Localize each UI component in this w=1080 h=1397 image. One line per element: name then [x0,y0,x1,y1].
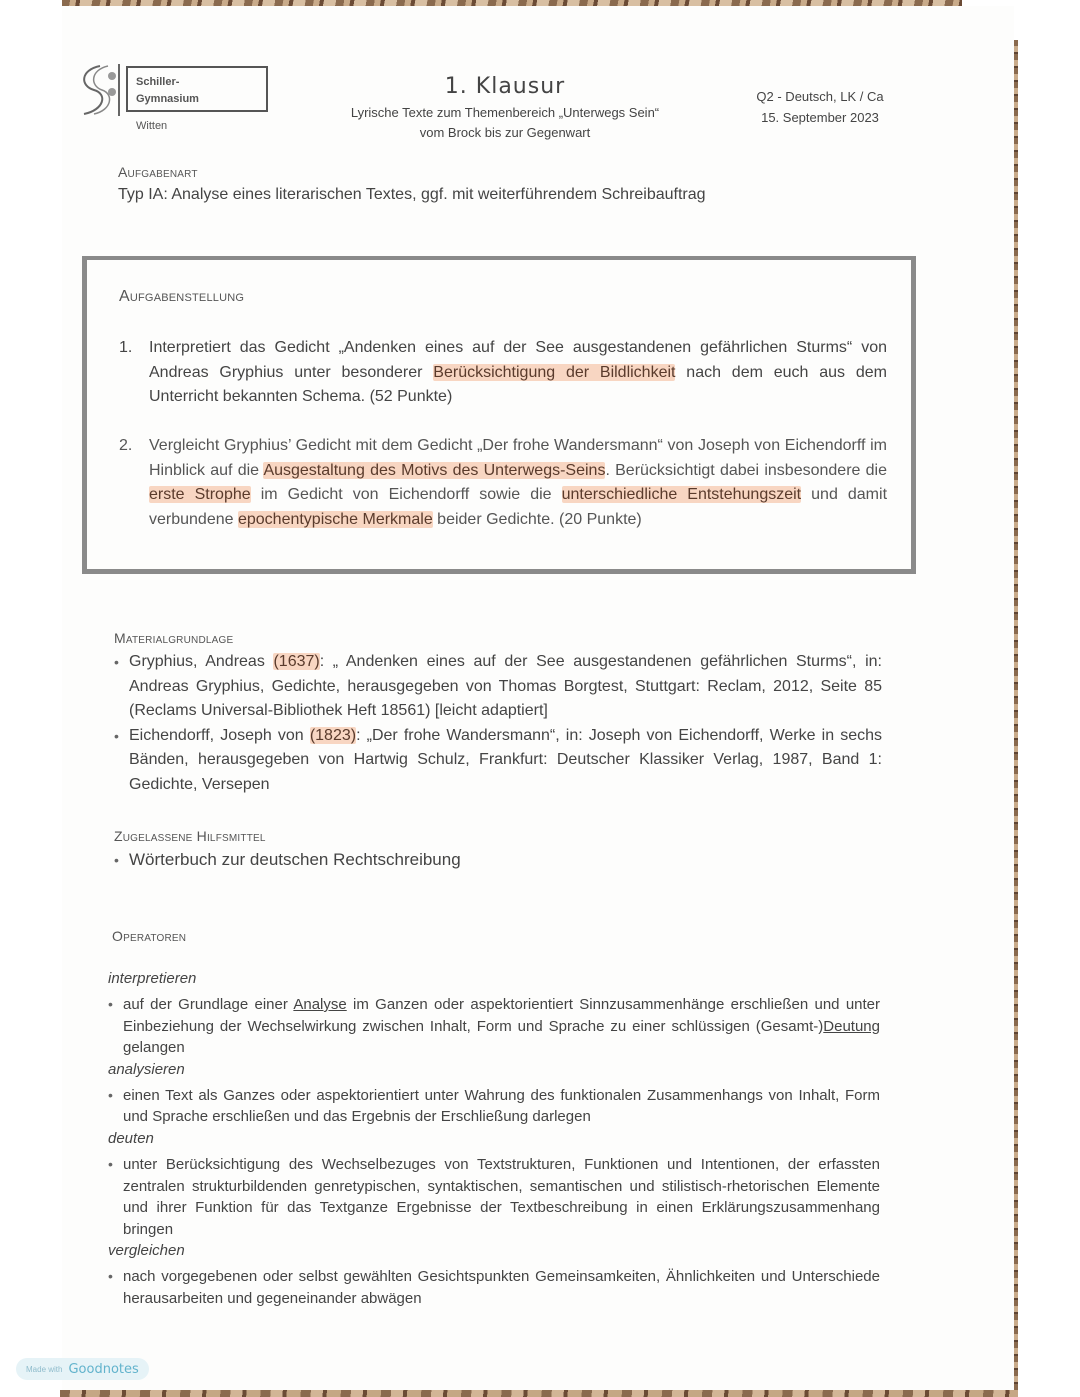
school-name-box: Schiller- Gymnasium [126,66,268,112]
task-text-segment: im Gedicht von Eichendorff sowie die [251,486,562,503]
operator-term: vergleichen [108,1240,880,1262]
aufgabenstellung-heading: Aufgabenstellung [119,288,244,306]
operator-term: interpretieren [108,968,880,990]
task-text-segment: . Berücksichtigt dabei insbesondere die [605,462,887,479]
course-label: Q2 - Deutsch, LK / Ca [740,86,900,107]
hilfsmittel-section: Zugelassene Hilfsmittel Wörterbuch zur d… [114,828,814,873]
table-edge-bottom [60,1390,1018,1397]
exam-date: 15. September 2023 [740,107,900,128]
definition-segment: gelangen [123,1039,185,1056]
watermark-prefix: Made with [26,1365,62,1374]
material-item: Eichendorff, Joseph von (1823): „Der fro… [114,724,882,798]
materialgrundlage-section: Materialgrundlage Gryphius, Andreas (163… [114,630,882,797]
logo-dots-icon [108,72,116,104]
highlighted-phrase: Berücksichtigung der Bildlichkeit [433,364,675,381]
exam-title: 1. Klausur [320,74,690,99]
aufgabenart-heading: Aufgabenart [118,164,706,180]
school-city: Witten [136,120,167,132]
operator-term: deuten [108,1128,880,1150]
operator-definition-list: einen Text als Ganzes oder aspektorienti… [108,1085,880,1128]
highlighted-phrase: epochentypische Merkmale [238,511,433,528]
hilfsmittel-heading: Zugelassene Hilfsmittel [114,828,814,844]
operator-list: interpretierenauf der Grundlage einer An… [108,968,880,1310]
watermark-brand: Goodnotes [68,1362,138,1377]
operator-definition-list: unter Berücksichtigung des Wechselbezuge… [108,1154,880,1240]
exam-meta: Q2 - Deutsch, LK / Ca 15. September 2023 [740,86,900,128]
highlighted-phrase: unterschiedliche Entstehungszeit [562,486,802,503]
definition-segment: einen Text als Ganzes oder aspektorienti… [123,1087,880,1126]
school-name-line2: Gymnasium [136,91,266,108]
operator-definition: unter Berücksichtigung des Wechselbezuge… [108,1154,880,1240]
operator-definition-list: auf der Grundlage einer Analyse im Ganze… [108,994,880,1059]
material-item: Gryphius, Andreas (1637): „ Andenken ein… [114,650,882,724]
definition-segment: nach vorgegebenen oder selbst gewählten … [123,1268,880,1307]
exam-subtitle-line1: Lyrische Texte zum Themenbereich „Unterw… [320,103,690,123]
aufgabenstellung-box: Aufgabenstellung 1. Interpretiert das Ge… [82,256,916,574]
underlined-term: Deutung [823,1018,880,1035]
hilfsmittel-list: Wörterbuch zur deutschen Rechtschreibung [114,848,814,873]
operator-definition: einen Text als Ganzes oder aspektorienti… [108,1085,880,1128]
material-year: (1637) [273,653,319,670]
definition-segment: unter Berücksichtigung des Wechselbezuge… [123,1156,880,1238]
material-list: Gryphius, Andreas (1637): „ Andenken ein… [114,650,882,797]
table-edge-right [1014,40,1018,1397]
operator-definition: nach vorgegebenen oder selbst gewählten … [108,1266,880,1309]
task-text: Vergleicht Gryphius’ Gedicht mit dem Ged… [149,434,887,532]
material-year: (1823) [310,727,356,744]
materialgrundlage-heading: Materialgrundlage [114,630,882,646]
operator-definition: auf der Grundlage einer Analyse im Ganze… [108,994,880,1059]
aufgabenart-section: Aufgabenart Typ IA: Analyse eines litera… [118,164,706,204]
exam-subtitle-line2: vom Brock bis zur Gegenwart [320,123,690,143]
underlined-term: Analyse [293,996,346,1013]
task-item: 1. Interpretiert das Gedicht „Andenken e… [119,336,887,410]
material-author: Eichendorff, Joseph von [129,727,310,744]
task-text: Interpretiert das Gedicht „Andenken eine… [149,336,887,410]
goodnotes-watermark: Made with Goodnotes [16,1358,149,1380]
material-author: Gryphius, Andreas [129,653,273,670]
task-text-segment: beider Gedichte. (20 Punkte) [433,511,642,528]
task-number: 1. [119,336,132,361]
school-name-line1: Schiller- [136,74,266,91]
highlighted-phrase: Ausgestaltung des Motivs des Unterwegs-S… [263,462,605,479]
highlighted-phrase: erste Strophe [149,486,251,503]
definition-segment: auf der Grundlage einer [123,996,293,1013]
operator-term: analysieren [108,1059,880,1081]
hilfsmittel-item: Wörterbuch zur deutschen Rechtschreibung [114,848,814,873]
school-logo: Schiller- Gymnasium Witten [78,62,278,142]
operatoren-section: Operatoren [112,928,880,944]
task-item: 2. Vergleicht Gryphius’ Gedicht mit dem … [119,434,887,532]
exam-title-block: 1. Klausur Lyrische Texte zum Themenbere… [320,74,690,143]
operator-definition-list: nach vorgegebenen oder selbst gewählten … [108,1266,880,1309]
task-number: 2. [119,434,132,459]
operatoren-heading: Operatoren [112,928,880,944]
aufgabenart-text: Typ IA: Analyse eines literarischen Text… [118,186,706,204]
